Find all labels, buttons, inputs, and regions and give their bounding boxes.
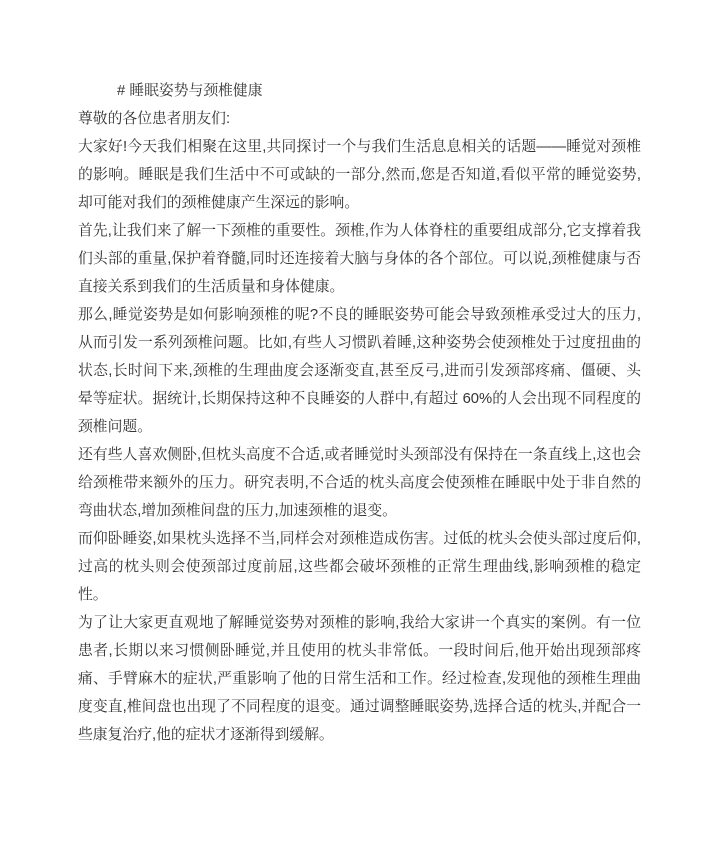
paragraph-list: 尊敬的各位患者朋友们:大家好!今天我们相聚在这里,共同探讨一个与我们生活息息相关… bbox=[78, 105, 641, 749]
paragraph: 还有些人喜欢侧卧,但枕头高度不合适,或者睡觉时头颈部没有保持在一条直线上,这也会… bbox=[78, 441, 641, 525]
paragraph: 尊敬的各位患者朋友们: bbox=[78, 105, 641, 133]
paragraph: 大家好!今天我们相聚在这里,共同探讨一个与我们生活息息相关的话题——睡觉对颈椎的… bbox=[78, 133, 641, 217]
paragraph: 首先,让我们来了解一下颈椎的重要性。颈椎,作为人体脊柱的重要组成部分,它支撑着我… bbox=[78, 217, 641, 301]
document-body: # 睡眠姿势与颈椎健康 尊敬的各位患者朋友们:大家好!今天我们相聚在这里,共同探… bbox=[78, 77, 641, 749]
paragraph: 那么,睡觉姿势是如何影响颈椎的呢?不良的睡眠姿势可能会导致颈椎承受过大的压力,从… bbox=[78, 301, 641, 441]
document-title: # 睡眠姿势与颈椎健康 bbox=[78, 77, 641, 105]
paragraph: 而仰卧睡姿,如果枕头选择不当,同样会对颈椎造成伤害。过低的枕头会使头部过度后仰,… bbox=[78, 525, 641, 609]
document-page: # 睡眠姿势与颈椎健康 尊敬的各位患者朋友们:大家好!今天我们相聚在这里,共同探… bbox=[0, 0, 708, 841]
paragraph: 为了让大家更直观地了解睡觉姿势对颈椎的影响,我给大家讲一个真实的案例。有一位患者… bbox=[78, 609, 641, 749]
